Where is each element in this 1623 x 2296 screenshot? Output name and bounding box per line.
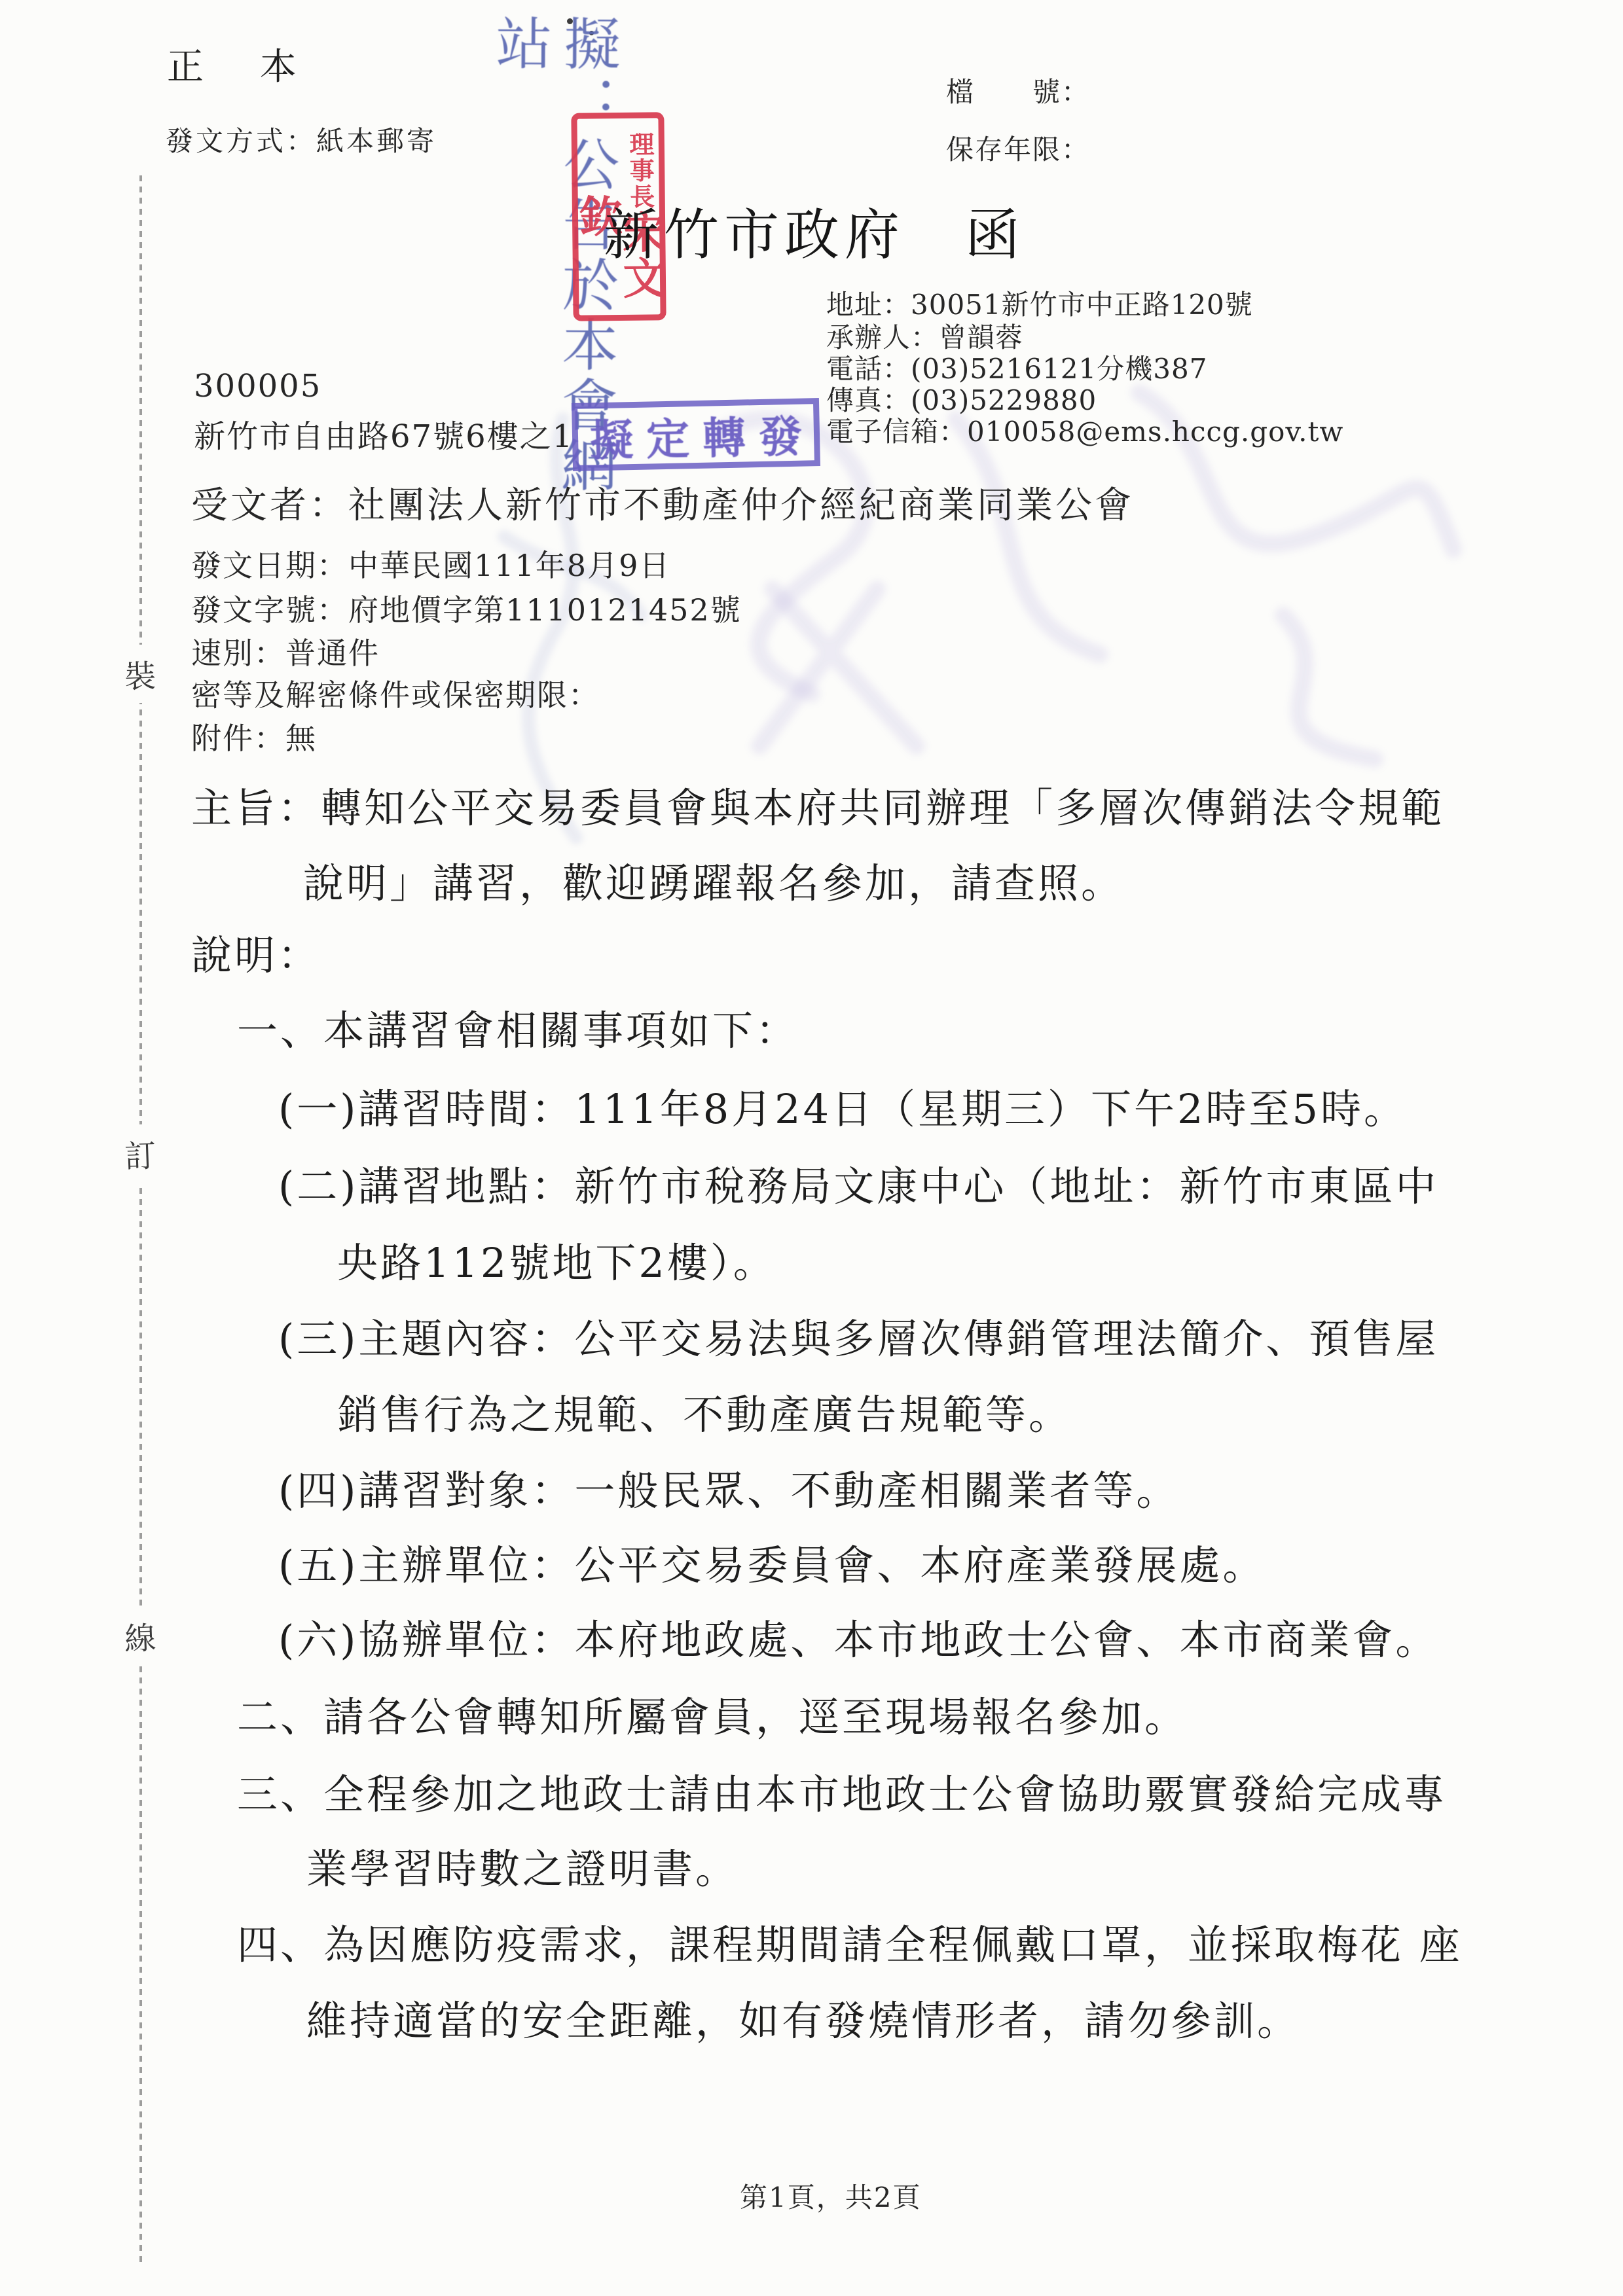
binding-dotted-line	[139, 175, 142, 2267]
item-4: 四、為因應防疫需求，課程期間請全程佩戴口罩，並採取梅花 座	[237, 1912, 1463, 1971]
item-3-cont: 業學習時數之證明書。	[306, 1837, 739, 1895]
document-title: 新竹市政府 函	[604, 191, 1025, 270]
item-3: 三、全程參加之地政士請由本市地政士公會協助覈實發給完成專	[237, 1762, 1447, 1820]
recipient-zip: 300005	[194, 368, 321, 404]
subitem-5: (五)主辦單位：公平交易委員會、本府產業發展處。	[278, 1533, 1266, 1591]
subject-line-2: 說明」講習，歡迎踴躍報名參加，請查照。	[303, 851, 1124, 909]
recipient-address: 新竹市自由路67號6樓之1	[194, 411, 574, 456]
file-number-label: 檔 號：	[946, 71, 1090, 110]
subject-line-1: 主旨：轉知公平交易委員會與本府共同辦理「多層次傳銷法令規範	[191, 776, 1444, 834]
subject-label: 主旨：	[191, 784, 321, 832]
subitem-1: (一)講習時間：111年8月24日（星期三）下午2時至5時。	[278, 1077, 1407, 1135]
recipient-line: 受文者：社團法人新竹市不動產仲介經紀商業同業公會	[191, 476, 1134, 529]
subitem-3: (三)主題內容：公平交易法與多層次傳銷管理法簡介、預售屋	[278, 1306, 1438, 1365]
attachment-note: 附件：無	[191, 715, 317, 758]
secrecy-class: 密等及解密條件或保密期限：	[191, 672, 600, 715]
subitem-4: (四)講習對象：一般民眾、不動產相關業者等。	[278, 1458, 1179, 1516]
copy-type-label: 正 本	[167, 38, 319, 90]
retention-label: 保存年限：	[946, 128, 1090, 168]
action-stamp-text: 擬定轉發	[576, 401, 816, 469]
item-1: 一、本講習會相關事項如下：	[237, 998, 799, 1056]
subitem-6: (六)協辦單位：本府地政處、本市地政士公會、本市商業會。	[278, 1607, 1438, 1666]
subject-text-1: 轉知公平交易委員會與本府共同辦理「多層次傳銷法令規範	[321, 784, 1444, 832]
speed-class: 速別：普通件	[191, 630, 380, 673]
issue-date: 發文日期：中華民國111年8月9日	[191, 542, 670, 585]
explanation-label: 說明：	[191, 923, 321, 981]
contact-email: 電子信箱：010058@ems.hccg.gov.tw	[826, 416, 1343, 448]
subitem-2-cont: 央路112號地下2樓）。	[337, 1230, 776, 1289]
item-4-cont: 維持適當的安全距離，如有發燒情形者，請勿參訓。	[306, 1988, 1300, 2047]
subitem-2: (二)講習地點：新竹市稅務局文康中心（地址：新竹市東區中	[278, 1154, 1438, 1212]
scanned-official-letter: { "doc": { "copy_type": "正 本", "send_met…	[0, 0, 1623, 2296]
action-stamp: 擬定轉發	[572, 398, 820, 471]
contact-fax: 傳真：(03)5229880	[826, 385, 1097, 416]
item-2: 二、請各公會轉知所屬會員，逕至現場報名參加。	[237, 1685, 1188, 1743]
page-number: 第1頁，共2頁	[740, 2176, 921, 2215]
contact-person: 承辦人：曾韻蓉	[826, 322, 1023, 353]
agency-address: 地址：30051新竹市中正路120號	[826, 289, 1253, 321]
contact-phone: 電話：(03)5216121分機387	[826, 353, 1207, 385]
binding-mark-ding: 訂	[122, 1124, 158, 1183]
send-method-label: 發文方式：紙本郵寄	[166, 120, 437, 159]
subitem-3-cont: 銷售行為之規範、不動產廣告規範等。	[337, 1382, 1072, 1441]
binding-mark-xian: 線	[122, 1606, 158, 1666]
binding-mark-zhuang: 裝	[122, 644, 158, 704]
document-number: 發文字號：府地價字第1110121452號	[191, 586, 742, 630]
